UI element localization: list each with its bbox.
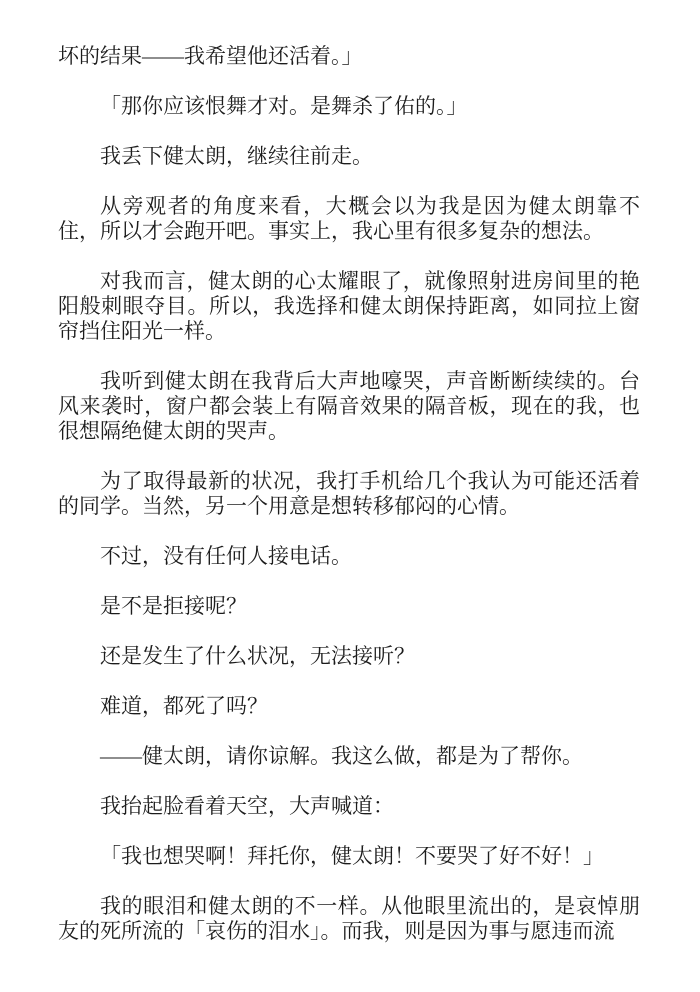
paragraph: 从旁观者的角度来看，大概会以为我是因为健太朗靠不住，所以才会跑开吧。事实上，我心… — [58, 194, 640, 244]
paragraph: 对我而言，健太朗的心太耀眼了，就像照射进房间里的艳阳般刺眼夺目。所以，我选择和健… — [58, 269, 640, 344]
paragraph: 我抬起脸看着天空，大声喊道： — [58, 794, 640, 819]
paragraph: 还是发生了什么状况，无法接听？ — [58, 644, 640, 669]
book-page: 坏的结果——我希望他还活着。」 「那你应该恨舞才对。是舞杀了佑的。」 我丢下健太… — [0, 0, 700, 992]
paragraph: 坏的结果——我希望他还活着。」 — [58, 44, 640, 69]
paragraph: 难道，都死了吗？ — [58, 694, 640, 719]
paragraph: 我听到健太朗在我背后大声地嚎哭，声音断断续续的。台风来袭时，窗户都会装上有隔音效… — [58, 369, 640, 444]
paragraph: 不过，没有任何人接电话。 — [58, 544, 640, 569]
paragraph: 我丢下健太朗，继续往前走。 — [58, 144, 640, 169]
paragraph: ——健太朗，请你谅解。我这么做，都是为了帮你。 — [58, 744, 640, 769]
paragraph: 为了取得最新的状况，我打手机给几个我认为可能还活着的同学。当然，另一个用意是想转… — [58, 469, 640, 519]
paragraph: 是不是拒接呢？ — [58, 594, 640, 619]
paragraph: 「那你应该恨舞才对。是舞杀了佑的。」 — [58, 94, 640, 119]
paragraph: 「我也想哭啊！拜托你，健太朗！不要哭了好不好！」 — [58, 844, 640, 869]
paragraph: 我的眼泪和健太朗的不一样。从他眼里流出的，是哀悼朋友的死所流的「哀伤的泪水」。而… — [58, 894, 640, 944]
